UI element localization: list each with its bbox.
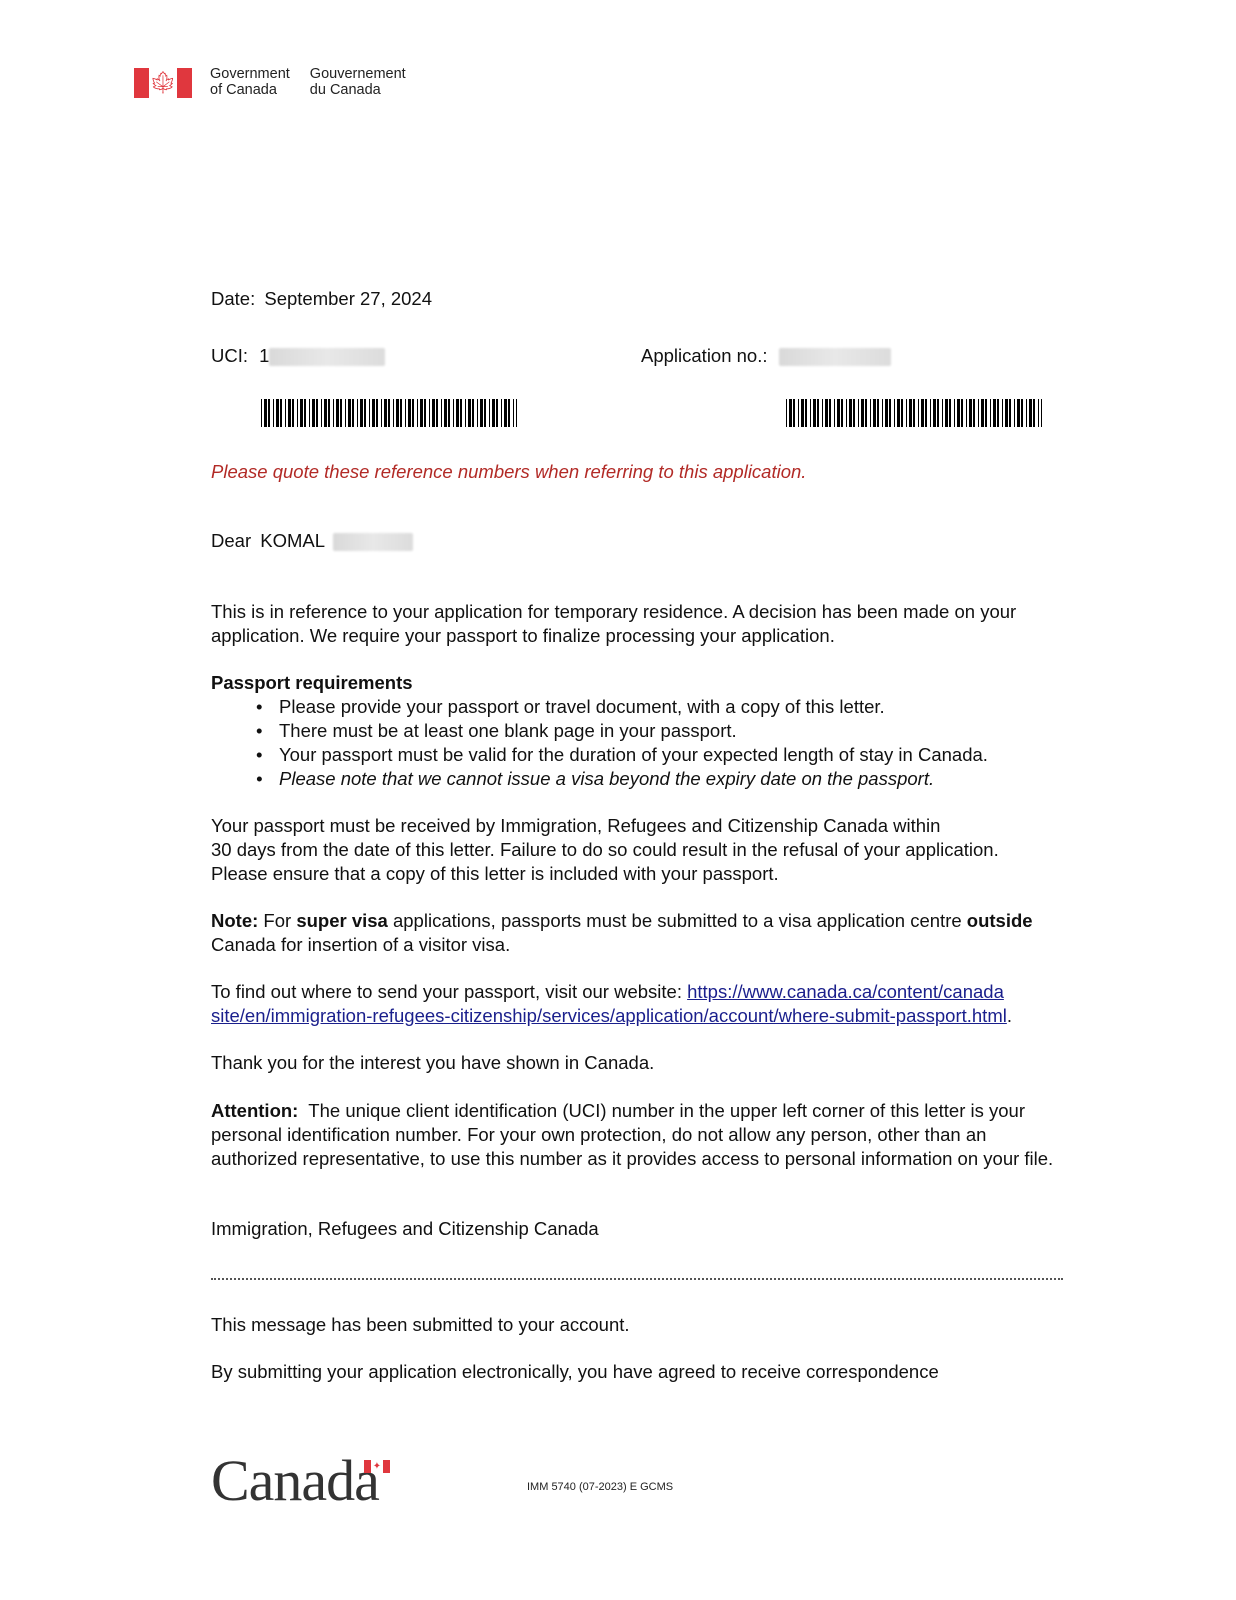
government-signature: 🍁︎ Government of Canada Gouvernement du … [134,66,406,98]
date-value: September 27, 2024 [264,288,432,309]
uci-line: UCI: 1 [211,344,385,368]
requirements-heading: Passport requirements [211,671,1071,695]
canada-wordmark: Canada [211,1452,379,1510]
requirements-list: Please provide your passport or travel d… [211,695,1071,791]
application-redacted [779,348,891,366]
signoff: Immigration, Refugees and Citizenship Ca… [211,1217,1071,1241]
note-label: Note: [211,910,258,931]
uci-value: 1 [259,345,385,366]
reference-note: Please quote these reference numbers whe… [211,460,806,484]
application-label: Application no.: [641,345,768,366]
signature-french: Gouvernement du Canada [310,66,406,98]
super-visa-note: Note: For super visa applications, passp… [211,909,1041,957]
passport-requirements: Passport requirements Please provide you… [211,671,1071,791]
requirement-item: Your passport must be valid for the dura… [279,743,1071,767]
date-label: Date: [211,288,255,309]
passport-submission-link-continued[interactable]: site/en/immigration-refugees-citizenship… [211,1005,1007,1026]
uci-redacted [269,348,385,366]
attention-paragraph: Attention: The unique client identificat… [211,1099,1063,1171]
uci-label: UCI: [211,345,248,366]
signature-english: Government of Canada [210,66,290,98]
deadline-paragraph: Your passport must be received by Immigr… [211,814,1071,886]
requirement-item: There must be at least one blank page in… [279,719,1071,743]
date-line: Date: September 27, 2024 [211,287,432,311]
thanks-line: Thank you for the interest you have show… [211,1051,1071,1075]
wordmark-flag-icon: ✦ [364,1460,390,1473]
attention-label: Attention: [211,1100,298,1121]
form-code: IMM 5740 (07-2023) E GCMS [527,1481,673,1493]
divider [211,1278,1063,1280]
salutation: Dear KOMAL [211,529,413,553]
requirement-item: Please provide your passport or travel d… [279,695,1071,719]
requirement-item: Please note that we cannot issue a visa … [279,767,1071,791]
recipient-first-name: KOMAL [260,530,324,551]
website-paragraph: To find out where to send your passport,… [211,980,1081,1028]
electronic-notice: By submitting your application electroni… [211,1360,1071,1384]
application-line: Application no.: [641,344,891,368]
application-barcode [786,399,1042,427]
passport-submission-link[interactable]: https://www.canada.ca/content/canada [687,981,1004,1002]
uci-barcode [261,399,517,427]
intro-paragraph: This is in reference to your application… [211,600,1041,648]
recipient-last-name-redacted [333,533,413,551]
canada-flag-icon: 🍁︎ [134,68,192,98]
submitted-notice: This message has been submitted to your … [211,1313,1071,1337]
